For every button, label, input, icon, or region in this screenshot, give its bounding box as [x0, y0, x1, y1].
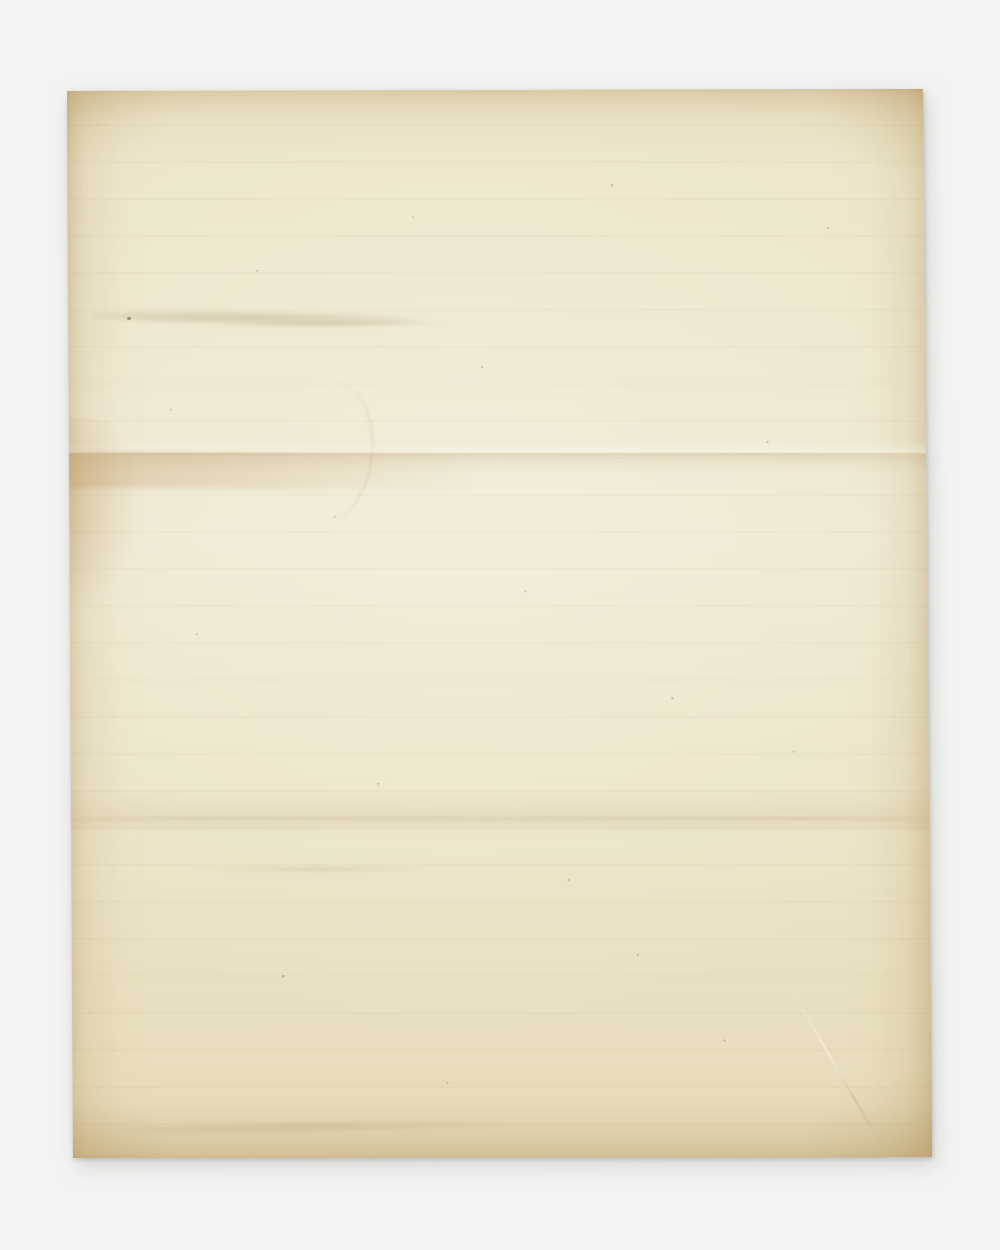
- vintage-paper-sheet: [67, 89, 932, 1158]
- photo-background: [0, 0, 1000, 1250]
- paper-fibre-speckles: [67, 89, 932, 1158]
- paper-drop-shadow: [67, 89, 932, 1158]
